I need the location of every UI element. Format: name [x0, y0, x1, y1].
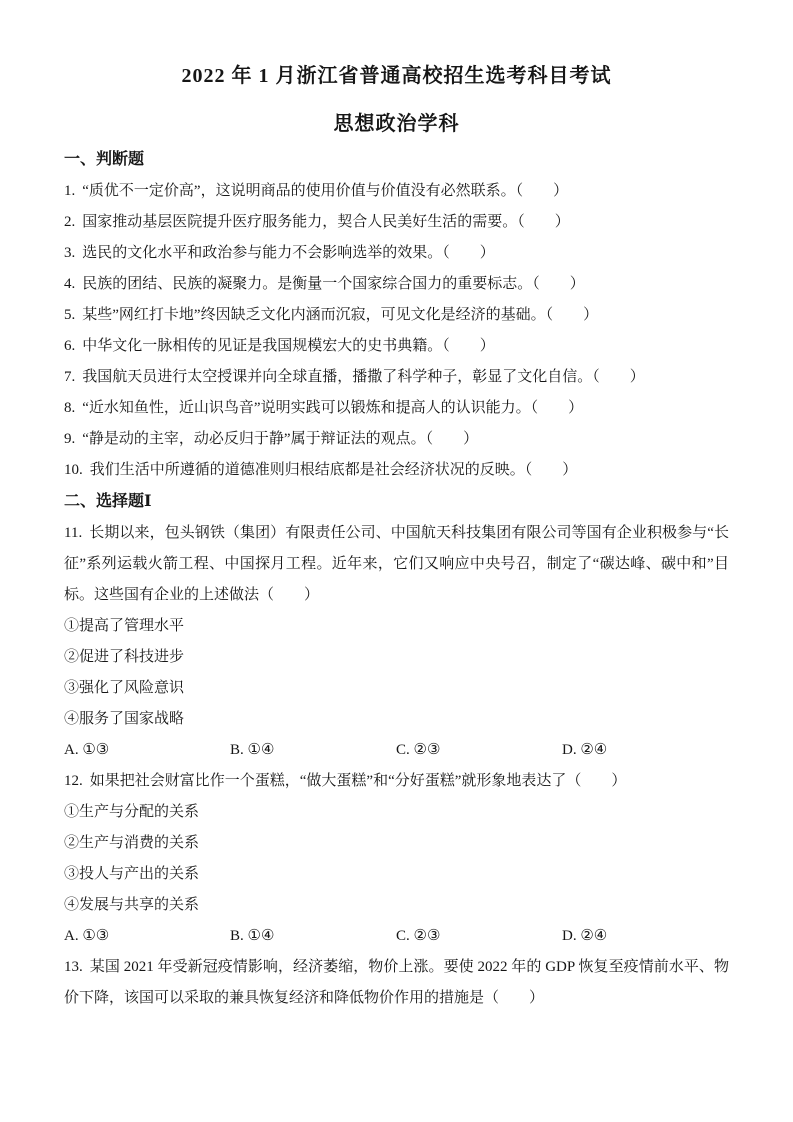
option-a: A. ①③: [64, 921, 230, 952]
question-number: 5.: [64, 307, 75, 323]
judgment-question-5: 5.某些”网红打卡地”终因缺乏文化内涵而沉寂，可见文化是经济的基础。（ ）: [64, 300, 729, 331]
question-text: 某国 2021 年受新冠疫情影响，经济萎缩，物价上涨。要使 2022 年的 GD…: [64, 959, 729, 1006]
question-number: 7.: [64, 369, 75, 385]
choice-question-12-stem: 12.如果把社会财富比作一个蛋糕，“做大蛋糕”和“分好蛋糕”就形象地表达了（ ）: [64, 766, 729, 797]
question-number: 9.: [64, 431, 75, 447]
question-text: 中华文化一脉相传的见证是我国规模宏大的史书典籍。（ ）: [82, 338, 495, 354]
option-a: A. ①③: [64, 735, 230, 766]
judgment-section-heading: 一、判断题: [64, 144, 729, 176]
question-text: 长期以来，包头钢铁（集团）有限责任公司、中国航天科技集团有限公司等国有企业积极参…: [64, 525, 729, 603]
choice-question-12-item-4: ④发展与共享的关系: [64, 890, 729, 921]
question-number: 4.: [64, 276, 75, 292]
question-number: 12.: [64, 773, 83, 789]
question-number: 2.: [64, 214, 75, 230]
question-number: 10.: [64, 462, 83, 478]
option-c: C. ②③: [396, 735, 562, 766]
choice-question-11-options-row: A. ①③ B. ①④ C. ②③ D. ②④: [64, 735, 729, 766]
question-number: 13.: [64, 959, 83, 975]
question-text: 民族的团结、民族的凝聚力。是衡量一个国家综合国力的重要标志。（ ）: [82, 276, 585, 292]
judgment-question-3: 3.选民的文化水平和政治参与能力不会影响选举的效果。（ ）: [64, 238, 729, 269]
choice-question-11-item-4: ④服务了国家战略: [64, 704, 729, 735]
choice-question-12-item-3: ③投人与产出的关系: [64, 859, 729, 890]
choice-question-11-item-1: ①提高了管理水平: [64, 611, 729, 642]
question-text: “质优不一定价高”，这说明商品的使用价值与价值没有必然联系。（ ）: [82, 183, 568, 199]
choice-question-11-stem: 11.长期以来，包头钢铁（集团）有限责任公司、中国航天科技集团有限公司等国有企业…: [64, 518, 729, 611]
question-number: 11.: [64, 525, 82, 541]
question-text: 国家推动基层医院提升医疗服务能力，契合人民美好生活的需要。（ ）: [82, 214, 570, 230]
question-text: “静是动的主宰，动必反归于静”属于辩证法的观点。（ ）: [82, 431, 478, 447]
judgment-question-1: 1.“质优不一定价高”，这说明商品的使用价值与价值没有必然联系。（ ）: [64, 176, 729, 207]
choice-question-11-item-3: ③强化了风险意识: [64, 673, 729, 704]
choice-question-13-stem: 13.某国 2021 年受新冠疫情影响，经济萎缩，物价上涨。要使 2022 年的…: [64, 952, 729, 1014]
judgment-question-7: 7.我国航天员进行太空授课并向全球直播，播撒了科学种子，彰显了文化自信。（ ）: [64, 362, 729, 393]
exam-subject: 思想政治学科: [64, 110, 729, 138]
judgment-question-4: 4.民族的团结、民族的凝聚力。是衡量一个国家综合国力的重要标志。（ ）: [64, 269, 729, 300]
exam-title: 2022 年 1 月浙江省普通高校招生选考科目考试: [64, 62, 729, 90]
judgment-question-10: 10.我们生活中所遵循的道德准则归根结底都是社会经济状况的反映。（ ）: [64, 455, 729, 486]
question-text: 我们生活中所遵循的道德准则归根结底都是社会经济状况的反映。（ ）: [90, 462, 578, 478]
judgment-question-6: 6.中华文化一脉相传的见证是我国规模宏大的史书典籍。（ ）: [64, 331, 729, 362]
choice-question-11-item-2: ②促进了科技进步: [64, 642, 729, 673]
question-text: 如果把社会财富比作一个蛋糕，“做大蛋糕”和“分好蛋糕”就形象地表达了（ ）: [90, 773, 627, 789]
choice-question-12-item-1: ①生产与分配的关系: [64, 797, 729, 828]
question-text: 选民的文化水平和政治参与能力不会影响选举的效果。（ ）: [82, 245, 495, 261]
choice-question-12-options-row: A. ①③ B. ①④ C. ②③ D. ②④: [64, 921, 729, 952]
question-number: 6.: [64, 338, 75, 354]
question-number: 8.: [64, 400, 75, 416]
choice-section-heading: 二、选择题Ⅰ: [64, 486, 729, 518]
judgment-question-9: 9.“静是动的主宰，动必反归于静”属于辩证法的观点。（ ）: [64, 424, 729, 455]
question-number: 3.: [64, 245, 75, 261]
judgment-question-2: 2.国家推动基层医院提升医疗服务能力，契合人民美好生活的需要。（ ）: [64, 207, 729, 238]
question-number: 1.: [64, 183, 75, 199]
option-d: D. ②④: [562, 735, 728, 766]
question-text: “近水知鱼性，近山识鸟音”说明实践可以锻炼和提高人的认识能力。（ ）: [82, 400, 583, 416]
choice-question-12-item-2: ②生产与消费的关系: [64, 828, 729, 859]
judgment-question-8: 8.“近水知鱼性，近山识鸟音”说明实践可以锻炼和提高人的认识能力。（ ）: [64, 393, 729, 424]
option-c: C. ②③: [396, 921, 562, 952]
question-text: 我国航天员进行太空授课并向全球直播，播撒了科学种子，彰显了文化自信。（ ）: [82, 369, 645, 385]
option-b: B. ①④: [230, 735, 396, 766]
option-b: B. ①④: [230, 921, 396, 952]
exam-page: 2022 年 1 月浙江省普通高校招生选考科目考试 思想政治学科 一、判断题 1…: [0, 0, 793, 1122]
option-d: D. ②④: [562, 921, 728, 952]
question-text: 某些”网红打卡地”终因缺乏文化内涵而沉寂，可见文化是经济的基础。（ ）: [82, 307, 598, 323]
